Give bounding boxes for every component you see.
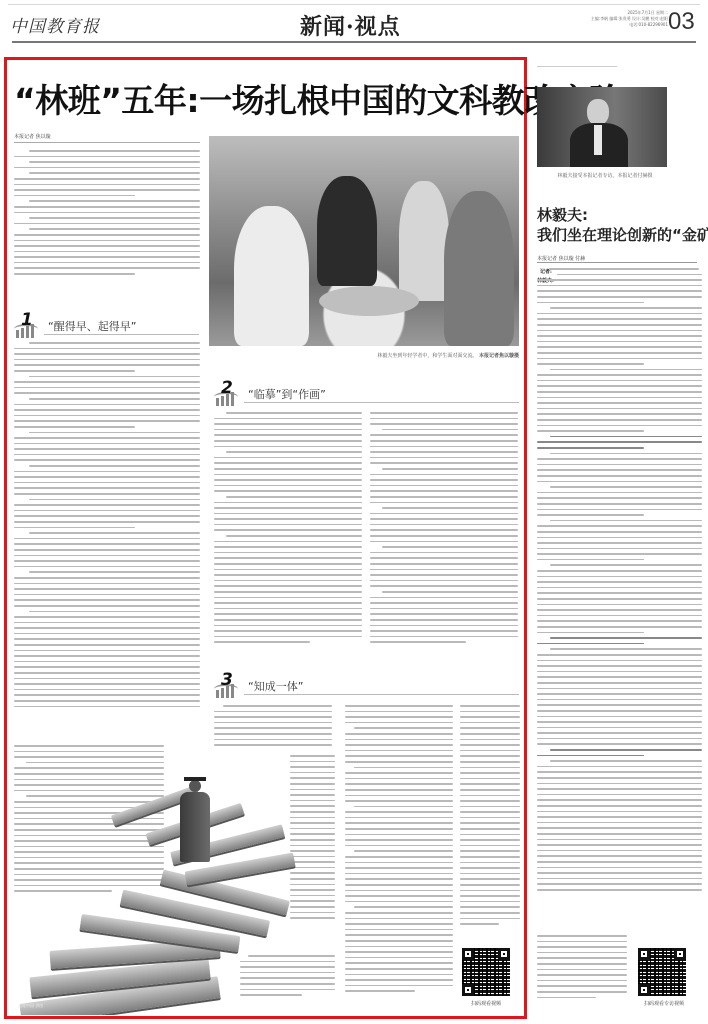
section-title: “知成一体” <box>248 678 303 694</box>
lin-yifu-figure <box>317 176 377 286</box>
section-3-body-col3 <box>460 705 520 940</box>
section-1-heading: 1 “醒得早、起得早” <box>12 312 202 338</box>
issue-phone: 电话:010-82296901 <box>548 22 668 28</box>
page-number: 03 <box>668 8 695 36</box>
section-1-body <box>14 342 200 740</box>
section-number-icon: 1 <box>12 312 38 338</box>
byline-rule <box>14 142 200 143</box>
newspaper-logo: 中国教育报 <box>10 12 100 37</box>
intro-paragraphs <box>14 150 200 310</box>
top-rule <box>8 4 700 5</box>
interview-qr-label: 扫码观看专访视频 <box>628 1000 700 1007</box>
main-photo-caption: 林毅夫坐到年轻学者中，和学生面对面交流。 本报记者焦以璇摄 <box>209 352 519 359</box>
side-title-line1: 林毅夫: <box>537 205 702 225</box>
issue-meta: 2025年7月1日 星期二 主编:李帆 编辑:张贵勇 设计:吴鹏 校对:赵阳 电… <box>548 10 668 28</box>
section-3-heading: 3 “知成一体” <box>212 672 522 698</box>
video-qr-label: 扫码观看视频 <box>455 1000 517 1007</box>
side-article-byline: 本报记者 焦以璇 付赫 <box>537 255 585 262</box>
caption-credit: 本报记者焦以璇摄 <box>479 353 519 359</box>
student-gray-shirt <box>444 191 514 346</box>
section-2-body-col2 <box>370 412 518 670</box>
student-light-jacket <box>399 181 449 301</box>
video-qr-code[interactable] <box>462 948 510 996</box>
section-title: “醒得早、起得早” <box>48 318 136 334</box>
student-white-shirt <box>234 206 309 346</box>
section-3-body-col2 <box>345 705 453 1010</box>
main-article-byline: 本报记者 焦以璇 <box>14 133 51 140</box>
illustration-credit: 视觉中国 供图 <box>18 1003 43 1009</box>
interview-photo <box>209 136 519 346</box>
interview-qr-code[interactable] <box>638 948 686 996</box>
lin-yifu-portrait <box>537 87 667 167</box>
side-article-body <box>537 268 702 928</box>
section-2-body-col1 <box>214 412 362 670</box>
side-photo-caption: 林毅夫接受本报记者专访。本报记者付赫摄 <box>540 172 670 179</box>
caption-text: 林毅夫坐到年轻学者中，和学生面对面交流。 <box>377 353 477 359</box>
section-title: 新闻·视点 <box>300 10 401 41</box>
round-table <box>319 286 419 316</box>
graduate-figure <box>178 780 212 865</box>
section-2-heading: 2 “临摹”到“作画” <box>212 380 522 406</box>
section-title: “临摹”到“作画” <box>248 386 326 402</box>
masthead: 中国教育报 新闻·视点 2025年7月1日 星期二 主编:李帆 编辑:张贵勇 设… <box>0 6 708 44</box>
side-article-body-end <box>537 935 627 1010</box>
side-article-title: 林毅夫: 我们坐在理论创新的“金矿”上 <box>537 205 702 245</box>
side-title-line2: 我们坐在理论创新的“金矿”上 <box>537 225 702 245</box>
book-staircase-illustration <box>10 740 310 1015</box>
section-number-icon: 2 <box>212 380 238 406</box>
main-article-title: “林班”五年:一场扎根中国的文科教改实验 <box>14 75 524 122</box>
section-number-icon: 3 <box>212 672 238 698</box>
masthead-rule <box>12 41 696 43</box>
